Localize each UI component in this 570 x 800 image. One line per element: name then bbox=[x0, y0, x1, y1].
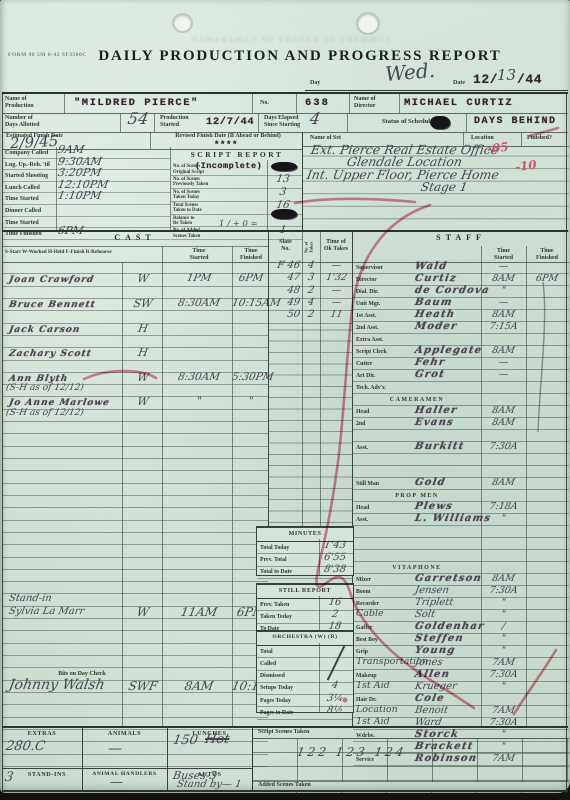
animals-box: ANIMALS — bbox=[82, 727, 168, 769]
staff-row: PROP MEN bbox=[353, 490, 569, 502]
cast-row bbox=[2, 656, 268, 668]
minutes-label: Prev. Total bbox=[260, 557, 287, 564]
cast-row bbox=[2, 619, 268, 631]
staff-time-started: 7:15A bbox=[480, 321, 527, 332]
added-scenes-label: Added Scenes Taken bbox=[258, 782, 311, 789]
date-label: Date bbox=[453, 80, 465, 87]
cast-row bbox=[2, 631, 268, 643]
staff-row: Boom Jensen 7:30A bbox=[353, 586, 569, 598]
ok-take-time: — bbox=[320, 260, 353, 271]
cast-row bbox=[2, 496, 268, 508]
staff-row: 1st Aid Krueger " bbox=[353, 682, 569, 694]
staff-row: Mixer Garretson 8AM bbox=[353, 574, 569, 586]
info-table: Name of Production "MILDRED PIERCE" No. … bbox=[2, 92, 568, 149]
day-value: Wed. bbox=[384, 58, 436, 86]
cast-title: CAST bbox=[2, 233, 268, 242]
cast-row bbox=[2, 693, 268, 705]
staff-name: Heath bbox=[414, 309, 456, 320]
script-report-label: Total Scenes Taken to Date bbox=[173, 203, 202, 214]
staff-row bbox=[353, 550, 569, 562]
staff-role-label: 2nd bbox=[356, 421, 365, 428]
cast-time-finished: 6PM bbox=[231, 272, 271, 284]
schedule-label: Status of Schedule: bbox=[382, 118, 435, 125]
takes-count: 4 bbox=[302, 297, 320, 308]
script-scenes-values: 122 123 124 bbox=[296, 745, 408, 759]
lunches-box: LUNCHES 150 Hot bbox=[167, 727, 253, 769]
added-scenes-grid bbox=[252, 792, 568, 793]
staff-row: Dial. Dir. de Cordova " bbox=[353, 286, 569, 298]
day-date-line: Day Wed. Date 12/ 13 /44 bbox=[305, 66, 568, 91]
staff-name: Haller bbox=[414, 405, 458, 416]
staff-name: Triplett bbox=[414, 597, 454, 608]
script-report-label: No. of Scenes Taken Today bbox=[173, 190, 200, 201]
cast-row bbox=[2, 471, 268, 483]
day-label: Day bbox=[310, 80, 320, 87]
script-report-value: 3 bbox=[266, 186, 300, 198]
extras-label: EXTRAS bbox=[2, 727, 82, 737]
staff-name: Baum bbox=[414, 297, 454, 308]
staff-name: Solt bbox=[414, 609, 436, 620]
cast-name: (S-H as of 12/12) bbox=[5, 408, 84, 418]
staff-name: Jones bbox=[414, 657, 443, 668]
minutes-value: 6'55 bbox=[318, 552, 352, 563]
autos-box: AUTOS Buses-3 Stand by— 1 bbox=[167, 768, 253, 792]
cast-status: SW bbox=[121, 297, 165, 310]
cast-name: Zachary Scott bbox=[8, 349, 92, 359]
staff-role-label: Cutter bbox=[356, 361, 372, 368]
cast-time-started: 8:30AM bbox=[163, 297, 235, 309]
page-title: DAILY PRODUCTION AND PROGRESS REPORT bbox=[90, 48, 510, 65]
staff-row: Asst. L. Williams " bbox=[353, 514, 569, 526]
slate-header: Slate No. No. of Takes Time of Ok Takes bbox=[269, 232, 353, 263]
staff-name: Curtiz bbox=[414, 273, 458, 284]
orchestra-label: Pages Today bbox=[260, 698, 291, 705]
staff-role-label: Makeup bbox=[356, 673, 377, 680]
staff-role-label: Director bbox=[356, 277, 377, 284]
set-line-3: Int. Upper Floor, Pierce Home bbox=[306, 167, 501, 182]
production-label: Name of Production bbox=[5, 96, 34, 110]
cast-name: Joan Crawford bbox=[8, 275, 95, 285]
cast-row bbox=[2, 644, 268, 656]
added-scenes-calc: 1 / + 0 = bbox=[219, 219, 258, 229]
staff-row: 2nd Evans 8AM bbox=[353, 418, 569, 430]
orchestra-title: ORCHESTRA (W) (R) bbox=[257, 632, 353, 646]
still-report-value: 16 bbox=[318, 597, 352, 608]
staff-row bbox=[353, 466, 569, 478]
standins-box: 3 STAND-INS bbox=[2, 768, 83, 792]
autos-value-2: Stand by— 1 bbox=[176, 779, 242, 790]
staff-rows: Supervisor Wald — Director Curtiz 8AM 6P… bbox=[353, 262, 569, 766]
ok-take-time: — bbox=[320, 285, 353, 296]
cast-row: Johnny Walsh SWF 8AM 10:13PM bbox=[2, 681, 268, 693]
days-allotted-label: Number of Days Allotted bbox=[5, 115, 40, 129]
minutes-rows: Total Today 1'43 Prev. Total 6'55 Total … bbox=[257, 542, 353, 579]
staff-time-started: 8AM bbox=[480, 273, 527, 284]
staff-role-label: Dial. Dir. bbox=[356, 289, 379, 296]
takes-count: 2 bbox=[302, 285, 320, 296]
date-part1: 12/ bbox=[473, 72, 498, 87]
ink-blot bbox=[430, 116, 450, 129]
staff-time-started-label: Time Started bbox=[481, 248, 526, 262]
cast-status: W bbox=[121, 605, 165, 619]
orchestra-value: 3¼ bbox=[318, 693, 352, 704]
staff-row: Transportation Jones 7AM bbox=[353, 658, 569, 670]
orchestra-label: Total bbox=[260, 649, 273, 656]
staff-role-label: Head bbox=[356, 505, 369, 512]
call-time-row: Dinner Called bbox=[2, 205, 170, 217]
cast-name: Jo Anne Marlowe bbox=[8, 398, 111, 408]
production-started-value: 12/7/44 bbox=[206, 116, 254, 128]
staff-row: Art Dir. Grot — bbox=[353, 370, 569, 382]
staff-time-started: 8AM bbox=[480, 573, 527, 584]
cast-row: (S-H as of 12/12) bbox=[2, 410, 268, 422]
staff-row bbox=[353, 454, 569, 466]
form-number: FORM 98 5M 8-42 SF3560C bbox=[8, 52, 87, 58]
staff-row: Recorder Triplett " bbox=[353, 598, 569, 610]
call-time-row: Time Started bbox=[2, 217, 170, 229]
call-time-label: Dinner Called bbox=[5, 208, 41, 215]
staff-role-label: Mixer bbox=[356, 577, 371, 584]
script-scenes-box: Script Scenes Taken 122 123 124 Added Sc… bbox=[252, 727, 569, 792]
takes-count: 4 bbox=[302, 260, 320, 271]
still-report-label: Prev. Taken bbox=[260, 602, 289, 609]
cast-row bbox=[2, 422, 268, 434]
production-started-label: Production Started bbox=[160, 115, 189, 129]
cast-time-started: 1PM bbox=[163, 272, 235, 284]
cast-time-started: " bbox=[163, 395, 235, 407]
ok-take-time: 1'32 bbox=[320, 272, 353, 283]
orchestra-value: 8½ bbox=[318, 705, 352, 716]
cast-name: (S-H as of 12/12) bbox=[5, 383, 84, 393]
cast-time-started: 11AM bbox=[163, 605, 235, 619]
staff-row: Cutter Fehr — bbox=[353, 358, 569, 370]
finished-label: Finished? bbox=[527, 135, 552, 142]
cast-name: Sylvia La Marr bbox=[8, 606, 85, 617]
staff-subheader: VITAPHONE bbox=[353, 565, 481, 572]
staff-name: Garretson bbox=[414, 573, 483, 584]
staff-row bbox=[353, 526, 569, 538]
staff-time-started: " bbox=[480, 609, 527, 620]
staff-time-started: 8AM bbox=[480, 417, 527, 428]
animals-label: ANIMALS bbox=[82, 727, 167, 737]
call-time-value: 1:10PM bbox=[57, 189, 103, 202]
staff-role-label: Asst. bbox=[356, 517, 368, 524]
days-elapsed-value: 4 bbox=[308, 109, 322, 128]
animal-handlers-value: — bbox=[110, 775, 123, 790]
bleed-through-text: SUMMARY OF REPORT OF CAMERAMEN bbox=[190, 36, 389, 44]
cast-name: Bruce Bennett bbox=[8, 300, 96, 310]
still-report-label: Taken Today bbox=[260, 614, 292, 621]
ink-blot bbox=[271, 209, 297, 219]
staff-time-started: 7:18A bbox=[480, 501, 527, 512]
set-line-4: Stage 1 bbox=[420, 180, 469, 194]
info-row-production: Name of Production "MILDRED PIERCE" No. … bbox=[2, 94, 568, 114]
staff-row: CAMERAMEN bbox=[353, 394, 569, 406]
call-time-label: Company Called bbox=[5, 150, 48, 157]
staff-name: Cole bbox=[414, 693, 446, 704]
staff-time-started: " bbox=[480, 513, 527, 524]
staff-time-started: 8AM bbox=[480, 405, 527, 416]
orchestra-table: ORCHESTRA (W) (R) Total Called Dismissed bbox=[256, 630, 354, 713]
cast-row: Zachary Scott H bbox=[2, 348, 268, 360]
cast-status: H bbox=[121, 346, 165, 359]
staff-role-label: Extra Asst. bbox=[356, 337, 383, 344]
call-time-label: Started Shooting bbox=[5, 173, 48, 180]
staff-row: Script Clerk Applegate 8AM bbox=[353, 346, 569, 358]
script-report-label: Balance to Be Taken bbox=[173, 216, 194, 227]
date-part2: /44 bbox=[517, 72, 542, 87]
scanned-report-page: SUMMARY OF REPORT OF CAMERAMEN FORM 98 5… bbox=[0, 0, 570, 800]
animal-handlers-label: ANIMAL HANDLERS bbox=[82, 768, 167, 777]
call-time-label: Lng. Up.-Reh. 'til bbox=[5, 162, 50, 169]
staff-time-finished: 6PM bbox=[525, 273, 569, 284]
staff-role-label: Hair Dr. bbox=[356, 697, 377, 704]
punch-hole bbox=[358, 14, 378, 33]
cast-time-started: 8AM bbox=[163, 679, 235, 693]
orchestra-label: Called bbox=[260, 661, 276, 668]
standins-value: 3 bbox=[4, 770, 15, 785]
staff-section: STAFF Time Started Time Finished Supervi… bbox=[352, 232, 569, 726]
staff-row: Head Haller 8AM bbox=[353, 406, 569, 418]
staff-header: STAFF Time Started Time Finished bbox=[353, 232, 569, 263]
staff-time-started: 7AM bbox=[480, 705, 527, 716]
cast-row bbox=[2, 434, 268, 446]
cast-row bbox=[2, 484, 268, 496]
orchestra-label: Setups Today bbox=[260, 685, 293, 692]
cast-row bbox=[2, 459, 268, 471]
staff-role-label: 2nd Asst. bbox=[356, 325, 379, 332]
staff-time-started: 7:30A bbox=[480, 669, 527, 680]
staff-time-started: 7:30A bbox=[480, 585, 527, 596]
lunches-value-struck: Hot bbox=[204, 732, 231, 747]
script-report-label: No. of Scenes Previously Taken bbox=[173, 177, 208, 188]
staff-time-started: " bbox=[480, 645, 527, 656]
minutes-row: Total to Date 8'38 bbox=[257, 567, 353, 579]
production-value: "MILDRED PIERCE" bbox=[74, 97, 199, 109]
staff-role-label: Recorder bbox=[356, 601, 379, 608]
minutes-label: Total to Date bbox=[260, 569, 292, 576]
staff-time-started: 7:30A bbox=[480, 441, 527, 452]
form-sheet: SUMMARY OF REPORT OF CAMERAMEN FORM 98 5… bbox=[0, 0, 570, 793]
staff-name: Evans bbox=[414, 417, 455, 428]
staff-title: STAFF bbox=[353, 233, 569, 242]
call-times-rows: Company Called 9AM Lng. Up.-Reh. 'til 9:… bbox=[2, 147, 170, 240]
staff-subheader: PROP MEN bbox=[353, 493, 481, 500]
cast-name: Jack Carson bbox=[8, 325, 81, 335]
still-report-value: 2 bbox=[318, 609, 352, 620]
cast-name: Johnny Walsh bbox=[8, 677, 106, 693]
right-frame-line bbox=[566, 92, 567, 792]
staff-name: Goldenhar bbox=[414, 621, 485, 632]
staff-name: Steffen bbox=[414, 633, 465, 644]
cast-row: Bruce Bennett SW 8:30AM 10:15AM bbox=[2, 299, 268, 311]
staff-name: Jensen bbox=[414, 585, 450, 596]
cast-name: Stand-in bbox=[8, 593, 53, 604]
staff-subheader: CAMERAMEN bbox=[353, 397, 481, 404]
staff-role-label: Boom bbox=[356, 589, 371, 596]
orchestra-value: 4 bbox=[318, 680, 352, 691]
staff-row: 1st Asst. Heath 8AM bbox=[353, 310, 569, 322]
cast-row bbox=[2, 705, 268, 717]
staff-name: Krueger bbox=[414, 681, 458, 692]
staff-row: 2nd Asst. Moder 7:15A bbox=[353, 322, 569, 334]
staff-name: Applegate bbox=[414, 345, 483, 356]
staff-name: Fehr bbox=[414, 357, 446, 368]
staff-time-started: 8AM bbox=[480, 477, 527, 488]
staff-role-label: Asst. bbox=[356, 445, 368, 452]
incomplete-stamp: (Incomplete) bbox=[195, 161, 262, 171]
script-report: SCRIPT REPORT No. of Scenes Original Scr… bbox=[170, 147, 303, 232]
minutes-table: MINUTES Total Today 1'43 Prev. Total 6'5… bbox=[256, 526, 354, 576]
staff-time-finished-label: Time Finished bbox=[526, 248, 568, 262]
orchestra-row: Pages to Date 8½ bbox=[257, 707, 353, 719]
call-time-label: Time Started bbox=[5, 220, 39, 227]
cast-status: SWF bbox=[121, 679, 165, 693]
staff-name: Allen bbox=[414, 669, 451, 680]
staff-role-label: Script Clerk bbox=[356, 349, 387, 356]
days-elapsed-label: Days Elapsed Since Starting bbox=[264, 115, 300, 129]
set-area: Ext. Pierce Real Estate Office -05 Glend… bbox=[302, 144, 569, 232]
staff-role-label: Location bbox=[356, 705, 398, 716]
cast-row bbox=[2, 521, 268, 533]
ok-take-time: — bbox=[320, 297, 353, 308]
red-note-10: -10 bbox=[514, 158, 537, 175]
staff-time-started: — bbox=[480, 357, 527, 368]
days-allotted-value: 54 bbox=[126, 109, 150, 128]
staff-name: Wald bbox=[414, 261, 448, 272]
staff-row: Still Man Gold 8AM bbox=[353, 478, 569, 490]
staff-time-started: — bbox=[480, 261, 527, 272]
staff-time-started: / bbox=[480, 621, 527, 632]
cast-row bbox=[2, 545, 268, 557]
cast-time-finished: 10:15AM bbox=[231, 297, 271, 309]
punch-hole bbox=[174, 15, 191, 31]
takes-count: 3 bbox=[302, 272, 320, 283]
staff-role-label: Gaffer bbox=[356, 625, 372, 632]
call-time-row: Time Started 1:10PM bbox=[2, 193, 170, 205]
cast-time-finished-label: Time Finished bbox=[232, 248, 270, 262]
cast-row bbox=[2, 570, 268, 582]
staff-role-label: Grip bbox=[356, 649, 368, 656]
staff-row bbox=[353, 538, 569, 550]
left-frame-line bbox=[2, 92, 3, 792]
no-label: No. bbox=[260, 100, 269, 107]
staff-time-started: — bbox=[480, 369, 527, 380]
staff-row: Asst. Burkitt 7:30A bbox=[353, 442, 569, 454]
staff-name: Benoit bbox=[414, 705, 449, 716]
staff-time-started: " bbox=[480, 597, 527, 608]
time-ok-takes-label: Time of Ok Takes bbox=[319, 239, 353, 253]
cast-status: W bbox=[121, 272, 165, 285]
extras-box: EXTRAS 280.C bbox=[2, 727, 83, 769]
staff-time-started: 7AM bbox=[480, 657, 527, 668]
staff-name: Burkitt bbox=[414, 441, 465, 452]
name-of-set-label: Name of Set bbox=[310, 135, 341, 142]
staff-row: Best Boy Steffen " bbox=[353, 634, 569, 646]
schedule-value: DAYS BEHIND bbox=[474, 116, 557, 127]
cast-time-finished: " bbox=[231, 395, 271, 407]
ruled-filler bbox=[269, 319, 353, 536]
cast-status: W bbox=[121, 371, 165, 384]
orchestra-label: Pages to Date bbox=[260, 710, 293, 717]
staff-role-label: 1st Asst. bbox=[356, 313, 376, 320]
cast-time-finished: 5:30PM bbox=[231, 371, 271, 383]
script-report-value: 13 bbox=[266, 173, 300, 185]
staff-row: Tech. Adv'r. bbox=[353, 382, 569, 394]
extras-value: 280.C bbox=[5, 739, 47, 754]
cast-row bbox=[2, 447, 268, 459]
cast-legend: S-Start W-Worked H-Held F-Finish R-Rehea… bbox=[5, 250, 112, 256]
cast-time-started-label: Time Started bbox=[164, 248, 234, 262]
cast-row: Joan Crawford W 1PM 6PM bbox=[2, 274, 268, 286]
slate-rows: F 46 4 — 47 3 1'32 48 2 — 49 bbox=[269, 262, 353, 324]
call-times: Company Called 9AM Lng. Up.-Reh. 'til 9:… bbox=[2, 147, 170, 232]
cast-row bbox=[2, 508, 268, 520]
staff-name: Moder bbox=[414, 321, 458, 332]
staff-time-started: " bbox=[480, 681, 527, 692]
date-hand: 13 bbox=[497, 66, 516, 84]
bottom-frame-line bbox=[2, 790, 568, 792]
staff-time-started: — bbox=[480, 297, 527, 308]
cast-row bbox=[2, 533, 268, 545]
info-row-schedule: Number of Days Allotted 54 Production St… bbox=[2, 113, 568, 133]
animals-value: — bbox=[108, 741, 122, 757]
slate-number: 49 bbox=[268, 297, 301, 308]
staff-role-label: Cable bbox=[356, 609, 384, 620]
cast-time-started: 8:30AM bbox=[163, 371, 235, 383]
call-time-label: Lunch Called bbox=[5, 185, 40, 192]
cast-rows: Joan Crawford W 1PM 6PM Bruce Bennett SW… bbox=[2, 262, 268, 767]
staff-time-started: 8AM bbox=[480, 309, 527, 320]
slate-column: Slate No. No. of Takes Time of Ok Takes … bbox=[268, 232, 353, 536]
cast-header: CAST S-Start W-Worked H-Held F-Finish R-… bbox=[2, 232, 268, 263]
staff-row: Unit Mgr. Baum — bbox=[353, 298, 569, 310]
red-note-05: -05 bbox=[486, 140, 509, 157]
slate-number: F 46 bbox=[268, 260, 301, 271]
ink-blot bbox=[271, 162, 297, 171]
staff-role-label: Best Boy bbox=[356, 637, 378, 644]
slate-number: 47 bbox=[268, 272, 301, 283]
cast-row bbox=[2, 558, 268, 570]
staff-role-label: Unit Mgr. bbox=[356, 301, 380, 308]
staff-role-label: Art Dir. bbox=[356, 373, 375, 380]
minutes-label: Total Today bbox=[260, 545, 289, 552]
cast-status: W bbox=[121, 395, 165, 408]
cast-row: Jack Carson H bbox=[2, 324, 268, 336]
staff-role-label: 1st Aid bbox=[356, 681, 390, 692]
lunches-value: 150 bbox=[172, 733, 199, 748]
staff-role-label: Still Man bbox=[356, 481, 379, 488]
orchestra-row: Called bbox=[257, 658, 353, 670]
staff-name: Plews bbox=[414, 501, 454, 512]
animal-handlers-box: ANIMAL HANDLERS — bbox=[82, 768, 168, 792]
cast-status: H bbox=[121, 322, 165, 335]
cast-section: CAST S-Start W-Worked H-Held F-Finish R-… bbox=[2, 232, 268, 726]
script-scenes-label: Script Scenes Taken bbox=[258, 729, 309, 736]
director-value: MICHAEL CURTIZ bbox=[404, 97, 513, 109]
staff-name: Gold bbox=[414, 477, 447, 488]
staff-name: Grot bbox=[414, 369, 446, 380]
staff-role-label: Head bbox=[356, 409, 369, 416]
cast-row: Sylvia La Marr W 11AM 6PM bbox=[2, 607, 268, 619]
slate-number: 48 bbox=[268, 285, 301, 296]
staff-time-started: 8AM bbox=[480, 345, 527, 356]
call-time-label: Time Started bbox=[5, 196, 39, 203]
staff-name: Young bbox=[414, 645, 456, 656]
minutes-value: 1'43 bbox=[318, 540, 352, 551]
slate-no-label: Slate No. bbox=[269, 239, 302, 253]
no-of-takes-label: No. of Takes bbox=[304, 232, 315, 262]
